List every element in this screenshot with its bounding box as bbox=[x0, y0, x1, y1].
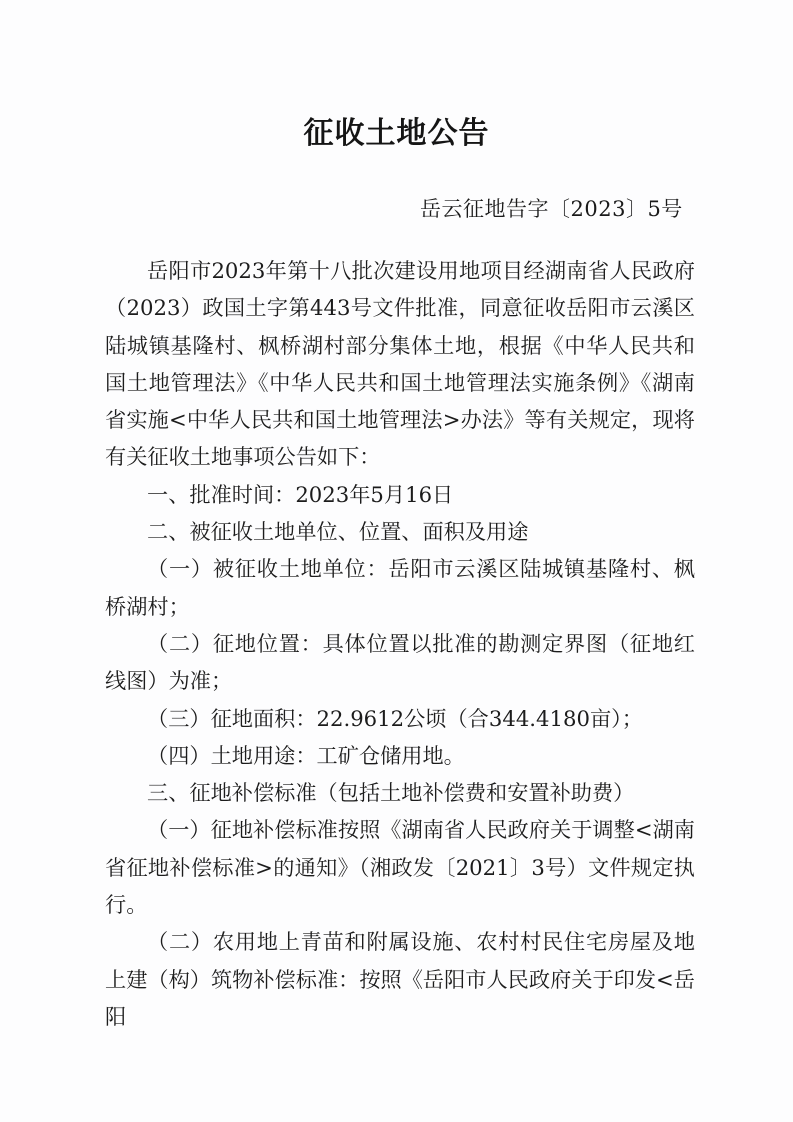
section-compensation-heading: 三、征地补偿标准（包括土地补偿费和安置补助费） bbox=[105, 774, 695, 811]
section-land-info-heading: 二、被征收土地单位、位置、面积及用途 bbox=[105, 513, 695, 550]
section-crops-buildings-compensation: （二）农用地上青苗和附属设施、农村村民住宅房屋及地上建（构）筑物补偿标准：按照《… bbox=[105, 923, 695, 1035]
section-land-location: （二）征地位置：具体位置以批准的勘测定界图（征地红线图）为准； bbox=[105, 625, 695, 700]
section-approval-time: 一、批准时间：2023年5月16日 bbox=[105, 476, 695, 513]
intro-paragraph: 岳阳市2023年第十八批次建设用地项目经湖南省人民政府（2023）政国土字第44… bbox=[105, 252, 695, 476]
section-compensation-standard: （一）征地补偿标准按照《湖南省人民政府关于调整<湖南省征地补偿标准>的通知》（湘… bbox=[105, 811, 695, 923]
section-land-area: （三）征地面积：22.9612公顷（合344.4180亩）； bbox=[105, 700, 695, 737]
document-number: 岳云征地告字〔2023〕5号 bbox=[420, 193, 683, 223]
document-body: 岳阳市2023年第十八批次建设用地项目经湖南省人民政府（2023）政国土字第44… bbox=[105, 252, 695, 1035]
section-land-unit: （一）被征收土地单位：岳阳市云溪区陆城镇基隆村、枫桥湖村； bbox=[105, 550, 695, 625]
section-land-use: （四）土地用途：工矿仓储用地。 bbox=[105, 737, 695, 774]
document-title: 征收土地公告 bbox=[0, 108, 793, 152]
document-page: 征收土地公告 岳云征地告字〔2023〕5号 岳阳市2023年第十八批次建设用地项… bbox=[0, 0, 793, 1122]
